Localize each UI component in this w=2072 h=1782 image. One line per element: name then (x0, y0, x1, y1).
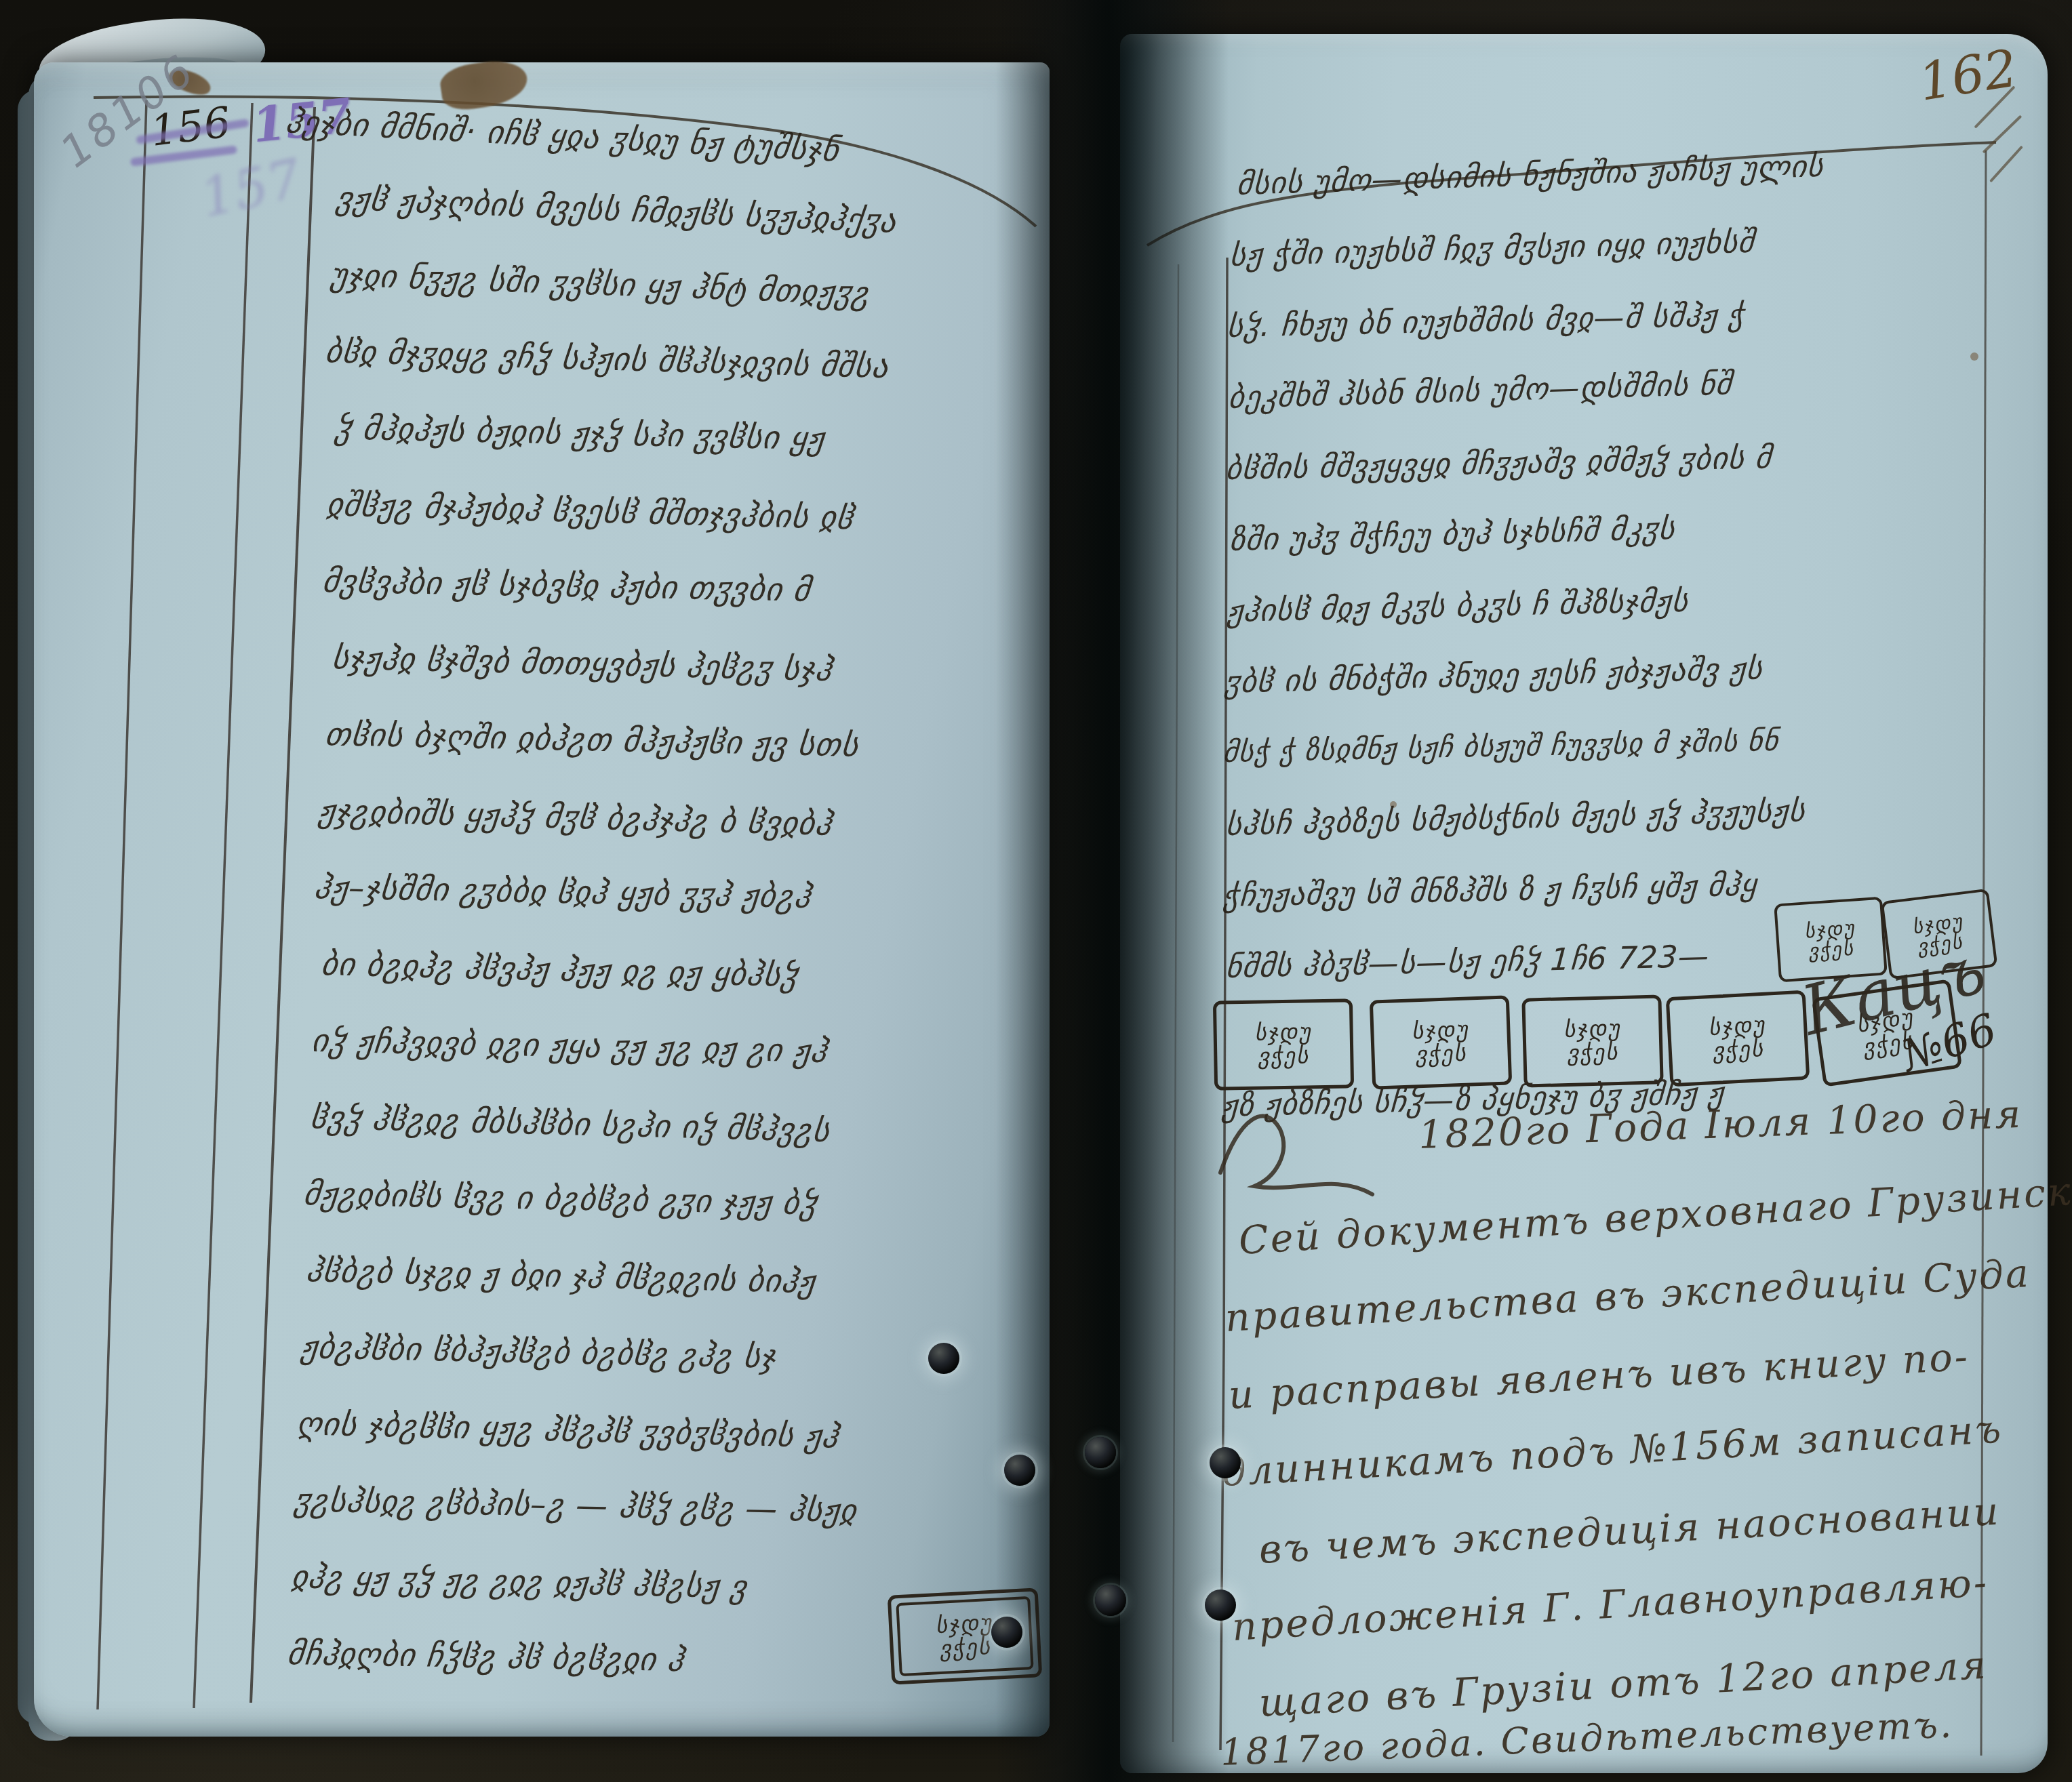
right-page: 162 მსის უმო—დსიმის ნჟნჟშია ჟაჩსჟ ულის ს… (1120, 34, 2048, 1773)
foxing-fleck (1970, 352, 1978, 361)
punch-hole (991, 1617, 1022, 1648)
verification-stamp: სჯდუ ვჭეს (1213, 998, 1354, 1091)
punch-hole (1210, 1447, 1241, 1478)
punch-hole (928, 1343, 959, 1374)
verification-stamp: სჯდუ ვჭეს (1521, 994, 1663, 1087)
punch-hole (1205, 1589, 1236, 1621)
stamp-text: ვჭეს (939, 1635, 992, 1661)
stamp-text: ვჭეს (1567, 1040, 1619, 1066)
verification-stamp: სჯდუ ვჭეს (1370, 995, 1512, 1089)
verification-stamp: სჯდუ ვჭეს (1666, 990, 1810, 1087)
punch-hole (1095, 1585, 1126, 1616)
stamp-text: ვჭეს (1712, 1037, 1765, 1064)
stamp-text: ვჭეს (1415, 1042, 1467, 1067)
stamp-text: ვჭეს (1808, 938, 1855, 962)
stamp-text: სჯდუ (935, 1611, 993, 1638)
stamp-text: ვჭეს (1258, 1044, 1310, 1068)
left-page: 156 157 157 ჰეჯბი მმნიშ· იჩჱ ყჲა ჳსჲუ ნჟ… (34, 62, 1050, 1737)
stamp-text: სჯდუ (1254, 1021, 1312, 1045)
punch-hole (1004, 1455, 1035, 1486)
paraph-flourish (1212, 1093, 1382, 1208)
manuscript-scan: 156 157 157 ჰეჯბი მმნიშ· იჩჱ ყჲა ჳსჲუ ნჟ… (0, 0, 2072, 1782)
manuscript-line: მჩჰჲღბი ჩჴჱჷ ჰჱ ბჷჱჷჲი ჰ (285, 1635, 686, 1679)
punch-hole (1085, 1437, 1116, 1468)
